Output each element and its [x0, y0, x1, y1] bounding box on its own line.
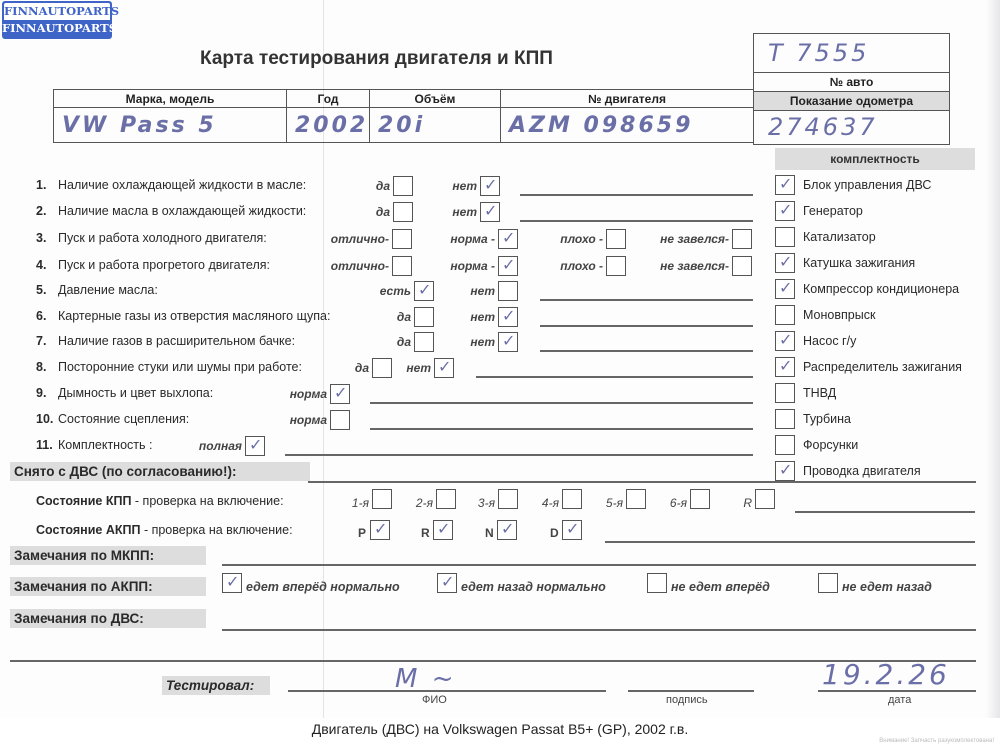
odometer-label: Показание одометра [754, 91, 949, 111]
odometer-value: 274637 [754, 111, 949, 144]
check-mark-icon: ✓ [226, 572, 239, 591]
dvs-remarks-heading: Замечания по ДВС: [10, 609, 206, 628]
removed-line [308, 481, 976, 483]
gear-checkbox[interactable] [372, 489, 392, 509]
option-checkbox[interactable] [732, 229, 752, 249]
option-label: норма - [408, 232, 495, 246]
answer-line [520, 220, 753, 222]
option-checkbox[interactable]: ✓ [498, 332, 518, 352]
manual-gearbox-label-rest: - проверка на включение: [131, 494, 283, 508]
option-label: нет [408, 310, 495, 324]
question-text: Картерные газы из отверстия масляного щу… [58, 309, 330, 323]
engine-number-value: AZM 098659 [501, 108, 754, 143]
akpp-remark-checkbox[interactable]: ✓ [437, 573, 457, 593]
option-label: норма [240, 387, 327, 401]
check-mark-icon: ✓ [484, 175, 497, 194]
akpp-remark-label: едет назад нормально [461, 580, 606, 594]
completeness-checkbox[interactable] [775, 305, 795, 325]
question-text: Наличие масла в охлаждающей жидкости: [58, 204, 306, 218]
option-checkbox[interactable]: ✓ [498, 307, 518, 327]
completeness-checkbox[interactable]: ✓ [775, 331, 795, 351]
question-text: Давление масла: [58, 283, 158, 297]
question-text: Наличие газов в расширительном бачке: [58, 334, 295, 348]
completeness-checkbox[interactable]: ✓ [775, 357, 795, 377]
signature-caption: подпись [666, 694, 708, 706]
question-number: 11. [36, 438, 58, 452]
question-number: 4. [36, 258, 58, 272]
answer-line [370, 428, 753, 430]
auto-number-value: T 7555 [754, 34, 949, 73]
completeness-item-label: Проводка двигателя [803, 464, 921, 478]
question-number: 9. [36, 386, 58, 400]
mkpp-remarks-heading: Замечания по МКПП: [10, 546, 206, 565]
image-caption: Двигатель (ДВС) на Volkswagen Passat B5+… [0, 721, 1000, 737]
option-label: не завелся- [642, 259, 729, 273]
question-number: 2. [36, 204, 58, 218]
gear-label: 5-я [598, 496, 623, 510]
question-row: 7.Наличие газов в расширительном бачке: [36, 334, 295, 348]
volume-value: 20i [370, 108, 501, 143]
auto-number-box: T 7555 № авто Показание одометра 274637 [753, 33, 950, 145]
gear-label: R [727, 496, 752, 510]
option-label: отлично- [302, 232, 389, 246]
col-brand-model: Марка, модель [54, 90, 287, 108]
question-number: 7. [36, 334, 58, 348]
question-row: 1.Наличие охлаждающей жидкости в масле: [36, 178, 306, 192]
signature-line [628, 690, 754, 692]
completeness-checkbox[interactable]: ✓ [775, 201, 795, 221]
logo-line-1: FINNAUTOPARTS [4, 3, 110, 20]
option-label: плохо - [516, 259, 603, 273]
check-mark-icon: ✓ [502, 228, 515, 247]
gear-checkbox[interactable] [626, 489, 646, 509]
question-row: 3.Пуск и работа холодного двигателя: [36, 231, 267, 245]
answer-line [540, 299, 753, 301]
akpp-remark-label: едет вперёд нормально [246, 580, 400, 594]
option-checkbox[interactable] [606, 256, 626, 276]
gear-label: 3-я [470, 496, 495, 510]
option-label: не завелся- [642, 232, 729, 246]
completeness-item-label: Катализатор [803, 230, 876, 244]
check-mark-icon: ✓ [779, 330, 792, 349]
option-checkbox[interactable] [732, 256, 752, 276]
option-label: нет [390, 205, 477, 219]
question-text: Дымность и цвет выхлопа: [58, 386, 213, 400]
completeness-item-label: Моновпрыск [803, 308, 875, 322]
question-text: Пуск и работа прогретого двигателя: [58, 258, 270, 272]
question-row: 2.Наличие масла в охлаждающей жидкости: [36, 204, 306, 218]
gear-checkbox[interactable] [436, 489, 456, 509]
option-label: нет [390, 179, 477, 193]
check-mark-icon: ✓ [566, 519, 579, 538]
completeness-item-label: Турбина [803, 412, 851, 426]
removed-section-heading: Снято с ДВС (по согласованию!): [10, 462, 310, 481]
answer-line [540, 325, 753, 327]
fio-caption: ФИО [422, 694, 447, 706]
answer-line [520, 194, 753, 196]
manual-gearbox-label: Состояние КПП - проверка на включение: [36, 494, 284, 508]
gear-label: 4-я [534, 496, 559, 510]
question-text: Наличие охлаждающей жидкости в масле: [58, 178, 306, 192]
auto-gearbox-label: Состояние АКПП - проверка на включение: [36, 523, 293, 537]
gear-checkbox[interactable] [498, 489, 518, 509]
option-label: нет [344, 361, 431, 375]
logo-line-2: FINNAUTOPARTS [2, 20, 112, 37]
completeness-item-label: Распределитель зажигания [803, 360, 962, 374]
option-label: есть [324, 284, 411, 298]
gear-checkbox[interactable] [562, 489, 582, 509]
question-text: Комплектность : [58, 438, 152, 452]
option-label: плохо - [516, 232, 603, 246]
check-mark-icon: ✓ [502, 331, 515, 350]
check-mark-icon: ✓ [437, 519, 450, 538]
brand-model-value: VW Pass 5 [54, 108, 287, 143]
gear-position-label: P [358, 526, 366, 540]
vehicle-info-table: Марка, модель Год Объём № двигателя VW P… [53, 89, 754, 143]
auto-gearbox-label-rest: - проверка на включение: [140, 523, 292, 537]
question-number: 5. [36, 283, 58, 297]
completeness-checkbox[interactable] [775, 383, 795, 403]
check-mark-icon: ✓ [779, 174, 792, 193]
check-mark-icon: ✓ [502, 255, 515, 274]
completeness-heading: комплектность [775, 148, 975, 170]
completeness-item-label: Компрессор кондиционера [803, 282, 959, 296]
check-mark-icon: ✓ [334, 383, 347, 402]
sheet-shadow [986, 0, 1000, 718]
gear-position-label: D [550, 526, 559, 540]
gear-checkbox[interactable] [690, 489, 710, 509]
gear-position-label: R [421, 526, 430, 540]
question-number: 10. [36, 412, 58, 426]
completeness-checkbox[interactable]: ✓ [775, 175, 795, 195]
question-number: 8. [36, 360, 58, 374]
gear-position-label: N [485, 526, 494, 540]
option-checkbox[interactable]: ✓ [330, 384, 350, 404]
check-mark-icon: ✓ [501, 519, 514, 538]
manual-gearbox-label-bold: Состояние КПП [36, 494, 131, 508]
akpp-remark-checkbox[interactable]: ✓ [222, 573, 242, 593]
check-mark-icon: ✓ [779, 200, 792, 219]
option-label: полная [155, 439, 242, 453]
col-engine-number: № двигателя [501, 90, 754, 108]
date-value: 19.2.26 [822, 658, 950, 691]
completeness-item-label: Генератор [803, 204, 863, 218]
fio-line [288, 690, 606, 692]
answer-line [285, 454, 753, 456]
check-mark-icon: ✓ [374, 519, 387, 538]
completeness-checkbox[interactable] [775, 409, 795, 429]
question-row: 11.Комплектность : [36, 438, 152, 452]
gear-position-checkbox[interactable]: ✓ [562, 520, 582, 540]
akpp-remark-checkbox[interactable] [647, 573, 667, 593]
check-mark-icon: ✓ [779, 252, 792, 271]
option-checkbox[interactable]: ✓ [245, 436, 265, 456]
form-title: Карта тестирования двигателя и КПП [200, 48, 553, 70]
option-checkbox[interactable]: ✓ [434, 358, 454, 378]
check-mark-icon: ✓ [484, 201, 497, 220]
option-label: норма - [408, 259, 495, 273]
question-text: Пуск и работа холодного двигателя: [58, 231, 267, 245]
option-label: да [303, 205, 390, 219]
option-label: нет [408, 284, 495, 298]
option-checkbox[interactable] [606, 229, 626, 249]
option-checkbox[interactable] [498, 281, 518, 301]
akpp-remark-label: не едет вперёд [671, 580, 770, 594]
completeness-item-label: Катушка зажигания [803, 256, 915, 270]
option-checkbox[interactable] [330, 410, 350, 430]
completeness-checkbox[interactable]: ✓ [775, 279, 795, 299]
gear-position-checkbox[interactable]: ✓ [497, 520, 517, 540]
option-label: да [324, 335, 411, 349]
check-mark-icon: ✓ [249, 435, 262, 454]
akpp-remarks-heading: Замечания по АКПП: [10, 577, 206, 596]
question-text: Посторонние стуки или шумы при работе: [58, 360, 302, 374]
auto-number-label: № авто [754, 73, 949, 91]
completeness-item-label: Форсунки [803, 438, 858, 452]
option-label: норма [240, 413, 327, 427]
option-checkbox[interactable]: ✓ [480, 176, 500, 196]
answer-line [476, 376, 753, 378]
question-row: 6.Картерные газы из отверстия масляного … [36, 309, 330, 323]
answer-line [540, 350, 753, 352]
check-mark-icon: ✓ [502, 306, 515, 325]
option-label: отлично- [302, 259, 389, 273]
question-row: 4.Пуск и работа прогретого двигателя: [36, 258, 270, 272]
question-number: 6. [36, 309, 58, 323]
option-checkbox[interactable]: ✓ [480, 202, 500, 222]
check-mark-icon: ✓ [438, 357, 451, 376]
completeness-checkbox[interactable] [775, 227, 795, 247]
col-volume: Объём [370, 90, 501, 108]
check-mark-icon: ✓ [441, 572, 454, 591]
akpp-remark-label: не едет назад [842, 580, 932, 594]
finnautoparts-logo: FINNAUTOPARTS FINNAUTOPARTS [2, 1, 112, 39]
question-text: Состояние сцепления: [58, 412, 189, 426]
check-mark-icon: ✓ [779, 278, 792, 297]
option-label: нет [408, 335, 495, 349]
gear-position-checkbox[interactable]: ✓ [370, 520, 390, 540]
check-mark-icon: ✓ [779, 356, 792, 375]
akpp-remark-checkbox[interactable] [818, 573, 838, 593]
completeness-checkbox[interactable] [775, 435, 795, 455]
question-row: 5.Давление масла: [36, 283, 158, 297]
mkpp-remarks-line [222, 564, 976, 566]
gear-checkbox[interactable] [755, 489, 775, 509]
gear-label: 2-я [408, 496, 433, 510]
question-row: 10.Состояние сцепления: [36, 412, 189, 426]
completeness-checkbox[interactable]: ✓ [775, 461, 795, 481]
date-caption: дата [888, 694, 911, 706]
gear-position-checkbox[interactable]: ✓ [433, 520, 453, 540]
option-label: да [303, 179, 390, 193]
option-checkbox[interactable]: ✓ [498, 229, 518, 249]
completeness-item-label: Блок управления ДВС [803, 178, 931, 192]
option-checkbox[interactable]: ✓ [498, 256, 518, 276]
auto-gearbox-line [605, 541, 975, 543]
check-mark-icon: ✓ [779, 460, 792, 479]
col-year: Год [287, 90, 370, 108]
auto-gearbox-label-bold: Состояние АКПП [36, 523, 140, 537]
gear-label: 1-я [344, 496, 369, 510]
dvs-remarks-line [222, 629, 976, 631]
question-number: 3. [36, 231, 58, 245]
option-label: да [324, 310, 411, 324]
manual-gearbox-line [795, 511, 975, 513]
watermark: Внимание! Запчасть разукомплектована! [879, 738, 994, 744]
answer-line [370, 402, 753, 404]
question-row: 9.Дымность и цвет выхлопа: [36, 386, 213, 400]
question-row: 8.Посторонние стуки или шумы при работе: [36, 360, 302, 374]
completeness-item-label: ТНВД [803, 386, 836, 400]
gear-label: 6-я [662, 496, 687, 510]
year-value: 2002 [287, 108, 370, 143]
tested-by-label: Тестировал: [162, 676, 270, 695]
completeness-checkbox[interactable]: ✓ [775, 253, 795, 273]
question-number: 1. [36, 178, 58, 192]
completeness-item-label: Насос г/у [803, 334, 856, 348]
